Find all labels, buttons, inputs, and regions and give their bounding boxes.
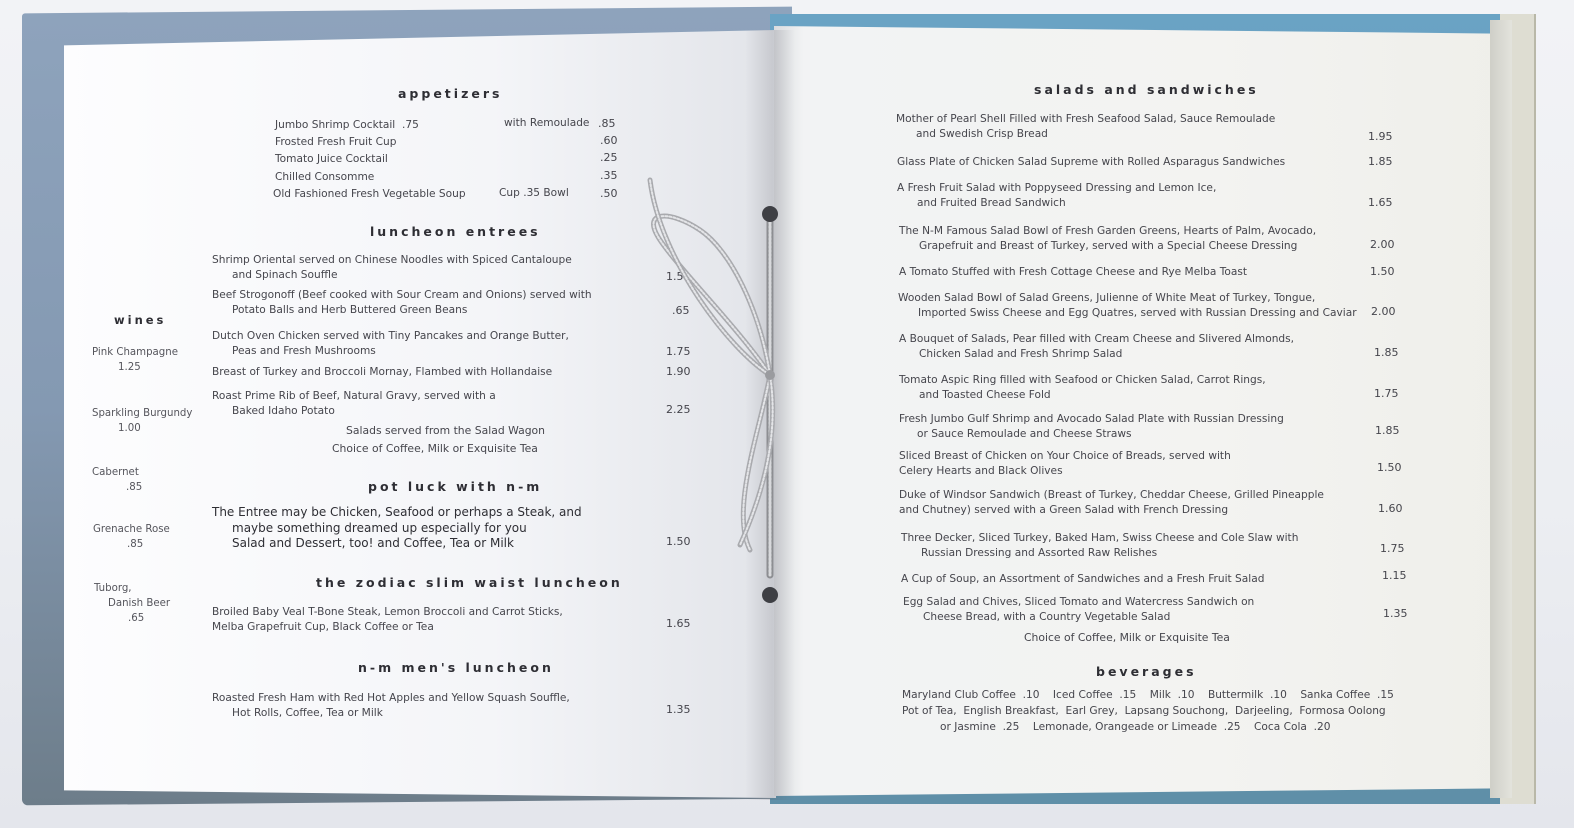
price: 1.85	[1374, 346, 1399, 359]
section-title-wines: wines	[114, 313, 166, 327]
salad-item: A Bouquet of Salads, Pear filled with Cr…	[899, 332, 1294, 362]
wine-item: Pink Champagne1.25	[92, 345, 178, 375]
entree-note: Choice of Coffee, Milk or Exquisite Tea	[332, 442, 538, 455]
salad-item: Wooden Salad Bowl of Salad Greens, Julie…	[898, 291, 1357, 321]
salad-item: A Cup of Soup, an Assortment of Sandwich…	[901, 572, 1264, 587]
price: 1.50	[1377, 461, 1402, 474]
salad-item: Duke of Windsor Sandwich (Breast of Turk…	[899, 488, 1324, 518]
price: .60	[600, 134, 618, 147]
beverages-line: Maryland Club Coffee .10 Iced Coffee .15…	[902, 688, 1394, 703]
section-title-appetizers: appetizers	[398, 86, 502, 101]
appetizer-extra: Cup .35 Bowl	[499, 186, 569, 201]
beverages-line: or Jasmine .25 Lemonade, Orangeade or Li…	[940, 720, 1330, 735]
price: .50	[600, 187, 618, 200]
entree-item: Shrimp Oriental served on Chinese Noodle…	[212, 253, 572, 283]
wine-item: Grenache Rose.85	[93, 522, 170, 552]
entree-item: Beef Strogonoff (Beef cooked with Sour C…	[212, 288, 592, 318]
price: 1.50	[1370, 265, 1395, 278]
entree-item: Breast of Turkey and Broccoli Mornay, Fl…	[212, 365, 552, 380]
price: 1.95	[1368, 130, 1393, 143]
appetizer-extra: with Remoulade	[504, 116, 589, 131]
price: 1.65	[1368, 196, 1393, 209]
wine-item: Cabernet.85	[92, 465, 142, 495]
salad-item: A Fresh Fruit Salad with Poppyseed Dress…	[897, 181, 1216, 211]
price: 1.60	[1378, 502, 1403, 515]
salad-item: A Tomato Stuffed with Fresh Cottage Chee…	[899, 265, 1247, 280]
salad-item: Three Decker, Sliced Turkey, Baked Ham, …	[901, 531, 1298, 561]
price: 2.00	[1370, 238, 1395, 251]
salad-item: The N-M Famous Salad Bowl of Fresh Garde…	[899, 224, 1316, 254]
appetizer-item: Frosted Fresh Fruit Cup	[275, 135, 396, 150]
beverages-line: Pot of Tea, English Breakfast, Earl Grey…	[902, 704, 1386, 719]
price: 1.35	[666, 703, 691, 716]
salad-item: Egg Salad and Chives, Sliced Tomato and …	[903, 595, 1254, 625]
pot-luck-description: The Entree may be Chicken, Seafood or pe…	[212, 505, 582, 552]
price: .25	[600, 151, 618, 164]
price: 1.85	[1368, 155, 1393, 168]
salad-item: Sliced Breast of Chicken on Your Choice …	[899, 449, 1231, 479]
appetizer-item: Old Fashioned Fresh Vegetable Soup	[273, 187, 466, 202]
zodiac-description: Broiled Baby Veal T-Bone Steak, Lemon Br…	[212, 605, 563, 635]
section-title-beverages: beverages	[1096, 664, 1197, 679]
entree-item: Dutch Oven Chicken served with Tiny Panc…	[212, 329, 569, 359]
price: 1.35	[1383, 607, 1408, 620]
page-fold-shadow	[1490, 20, 1512, 798]
silver-cord-bow-icon	[620, 150, 840, 630]
appetizer-item: Chilled Consomme	[275, 170, 374, 185]
wine-item: Sparkling Burgundy1.00	[92, 406, 192, 436]
salad-item: Mother of Pearl Shell Filled with Fresh …	[896, 112, 1275, 142]
price: .35	[600, 169, 618, 182]
price: 1.85	[1375, 424, 1400, 437]
entree-note: Salads served from the Salad Wagon	[346, 424, 545, 437]
price: 1.75	[1374, 387, 1399, 400]
appetizer-item: Jumbo Shrimp Cocktail .75	[275, 118, 419, 133]
entree-item: Roast Prime Rib of Beef, Natural Gravy, …	[212, 389, 496, 419]
section-title-luncheon-entrees: luncheon entrees	[370, 224, 541, 239]
salad-item: Glass Plate of Chicken Salad Supreme wit…	[897, 155, 1285, 170]
price: .85	[598, 117, 616, 130]
wine-item: Tuborg, Danish Beer .65	[94, 581, 170, 626]
section-title-pot-luck: pot luck with n-m	[368, 479, 542, 494]
price: 2.00	[1371, 305, 1396, 318]
section-title-zodiac: the zodiac slim waist luncheon	[316, 575, 623, 590]
price: 1.75	[1380, 542, 1405, 555]
section-title-mens-luncheon: n-m men's luncheon	[358, 660, 554, 675]
mens-luncheon-description: Roasted Fresh Ham with Red Hot Apples an…	[212, 691, 570, 721]
section-title-salads-sandwiches: salads and sandwiches	[1034, 82, 1259, 97]
appetizer-item: Tomato Juice Cocktail	[275, 152, 388, 167]
salads-note: Choice of Coffee, Milk or Exquisite Tea	[1024, 631, 1230, 644]
price: 1.15	[1382, 569, 1407, 582]
salad-item: Fresh Jumbo Gulf Shrimp and Avocado Sala…	[899, 412, 1284, 442]
salad-item: Tomato Aspic Ring filled with Seafood or…	[899, 373, 1266, 403]
